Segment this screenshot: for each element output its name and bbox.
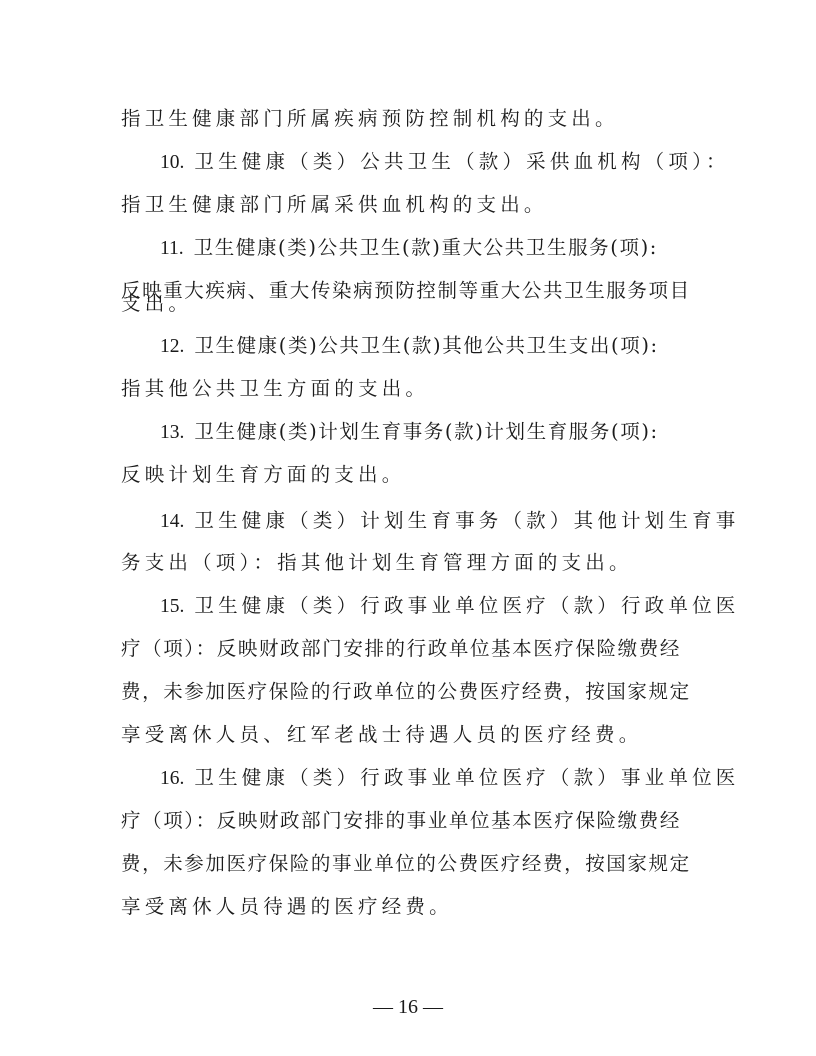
text-line: 费，未参加医疗保险的行政单位的公费医疗经费，按国家规定: [121, 679, 701, 705]
item-12-heading: 12.卫生健康(类)公共卫生(款)其他公共卫生支出(项):: [160, 333, 701, 360]
text-line: 支出。: [121, 291, 701, 317]
text-line: 反映计划生育方面的支出。: [121, 462, 701, 488]
item-10-heading: 10.卫生健康（类）公共卫生（款）采供血机构（项）：: [160, 149, 701, 176]
text-line: 指卫生健康部门所属疾病预防控制机构的支出。: [121, 106, 701, 132]
item-14-heading: 14.卫生健康（类）计划生育事务（款）其他计划生育事: [160, 508, 701, 535]
item-11-heading: 11.卫生健康(类)公共卫生(款)重大公共卫生服务(项):: [160, 235, 701, 262]
item-15-heading: 15.卫生健康（类）行政事业单位医疗（款）行政单位医: [160, 593, 701, 620]
text-line: 费，未参加医疗保险的事业单位的公费医疗经费，按国家规定: [121, 851, 701, 877]
text-line: 享受离休人员待遇的医疗经费。: [121, 894, 701, 920]
page-number: — 16 —: [0, 996, 816, 1019]
item-16-heading: 16.卫生健康（类）行政事业单位医疗（款）事业单位医: [160, 765, 701, 792]
item-13-heading: 13.卫生健康(类)计划生育事务(款)计划生育服务(项):: [160, 419, 701, 446]
text-line: 指其他公共卫生方面的支出。: [121, 376, 701, 402]
text-line: 指卫生健康部门所属采供血机构的支出。: [121, 192, 701, 218]
text-line: 享受离休人员、红军老战士待遇人员的医疗经费。: [121, 722, 701, 748]
text-line: 疗（项）：反映财政部门安排的事业单位基本医疗保险缴费经: [121, 808, 701, 834]
text-line: 务支出（项）：指其他计划生育管理方面的支出。: [121, 550, 701, 576]
text-line: 疗（项）：反映财政部门安排的行政单位基本医疗保险缴费经: [121, 636, 701, 662]
